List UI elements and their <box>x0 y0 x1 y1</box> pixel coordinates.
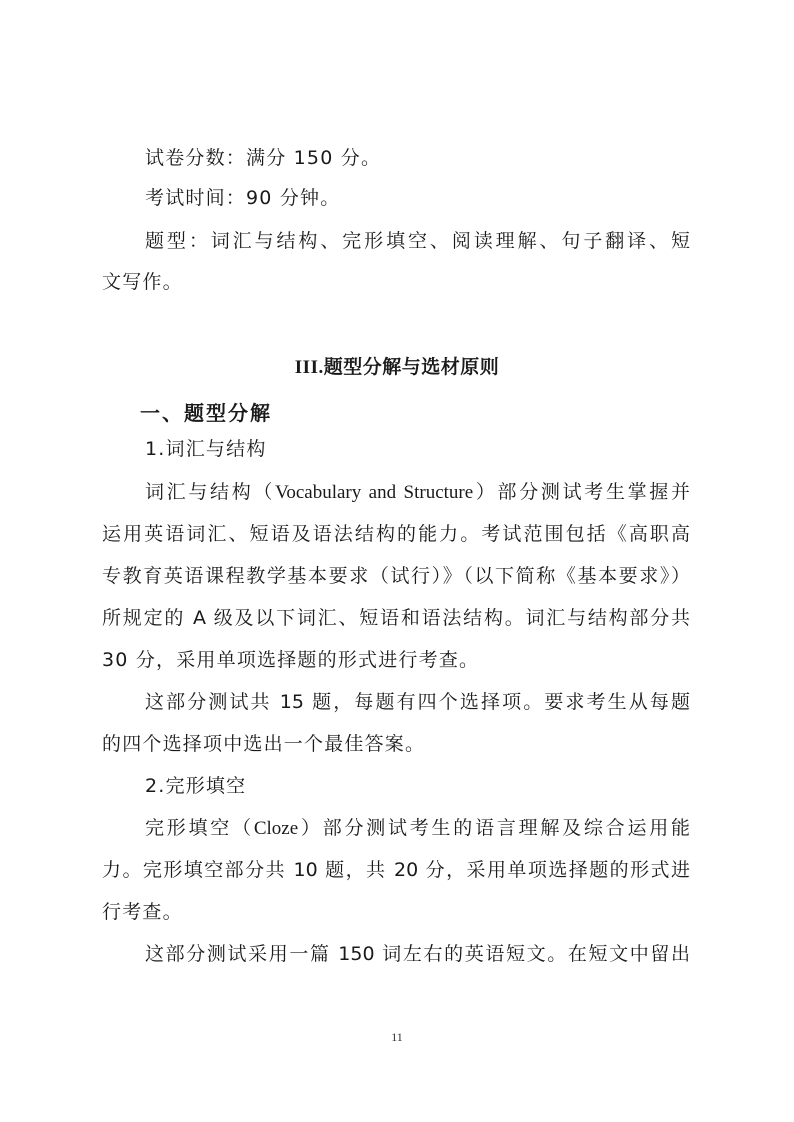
section-title: III.题型分解与选材原则 <box>0 352 794 379</box>
exam-time-line: 考试时间：90 分钟。 <box>145 186 340 210</box>
subheading: 一、题型分解 <box>140 397 272 426</box>
page-number: 11 <box>0 1030 794 1045</box>
part2-para1-line3: 行考查。 <box>102 900 183 924</box>
part1-para2-line1: 这部分测试共 15 题，每题有四个选择项。要求考生从每题 <box>145 690 690 714</box>
part1-english-term: Vocabulary and Structure <box>275 482 473 503</box>
part1-para1-line5: 30 分，采用单项选择题的形式进行考查。 <box>102 648 479 672</box>
question-types-line-cont: 文写作。 <box>102 270 183 294</box>
part1-para1-line2: 运用英语词汇、短语及语法结构的能力。考试范围包括《高职高 <box>102 522 690 546</box>
part2-english-term: Cloze <box>254 818 298 839</box>
part1-para1-post: ）部分测试考生掌握并 <box>473 481 690 503</box>
question-types-line: 题型：词汇与结构、完形填空、阅读理解、句子翻译、短 <box>145 229 690 253</box>
exam-score-line: 试卷分数：满分 150 分。 <box>145 146 381 170</box>
part1-para1-line1: 词汇与结构（Vocabulary and Structure）部分测试考生掌握并 <box>145 480 690 505</box>
part2-para1-line1: 完形填空（Cloze）部分测试考生的语言理解及综合运用能 <box>145 816 690 841</box>
part1-para2-line2: 的四个选择项中选出一个最佳答案。 <box>102 732 425 756</box>
part1-para1-pre: 词汇与结构（ <box>145 481 275 503</box>
part1-para1-line3: 专教育英语课程教学基本要求（试行）》（以下简称《基本要求》） <box>102 564 690 588</box>
part2-heading: 2.完形填空 <box>145 774 246 798</box>
part2-para1-post: ）部分测试考生的语言理解及综合运用能 <box>298 817 690 839</box>
part2-para2-line1: 这部分测试采用一篇 150 词左右的英语短文。在短文中留出 <box>145 942 690 966</box>
part1-heading: 1.词汇与结构 <box>145 437 267 461</box>
part2-para1-pre: 完形填空（ <box>145 817 254 839</box>
document-page: 试卷分数：满分 150 分。 考试时间：90 分钟。 题型：词汇与结构、完形填空… <box>0 0 794 1122</box>
part2-para1-line2: 力。完形填空部分共 10 题，共 20 分，采用单项选择题的形式进 <box>102 858 690 882</box>
part1-para1-line4: 所规定的 A 级及以下词汇、短语和语法结构。词汇与结构部分共 <box>102 606 690 630</box>
